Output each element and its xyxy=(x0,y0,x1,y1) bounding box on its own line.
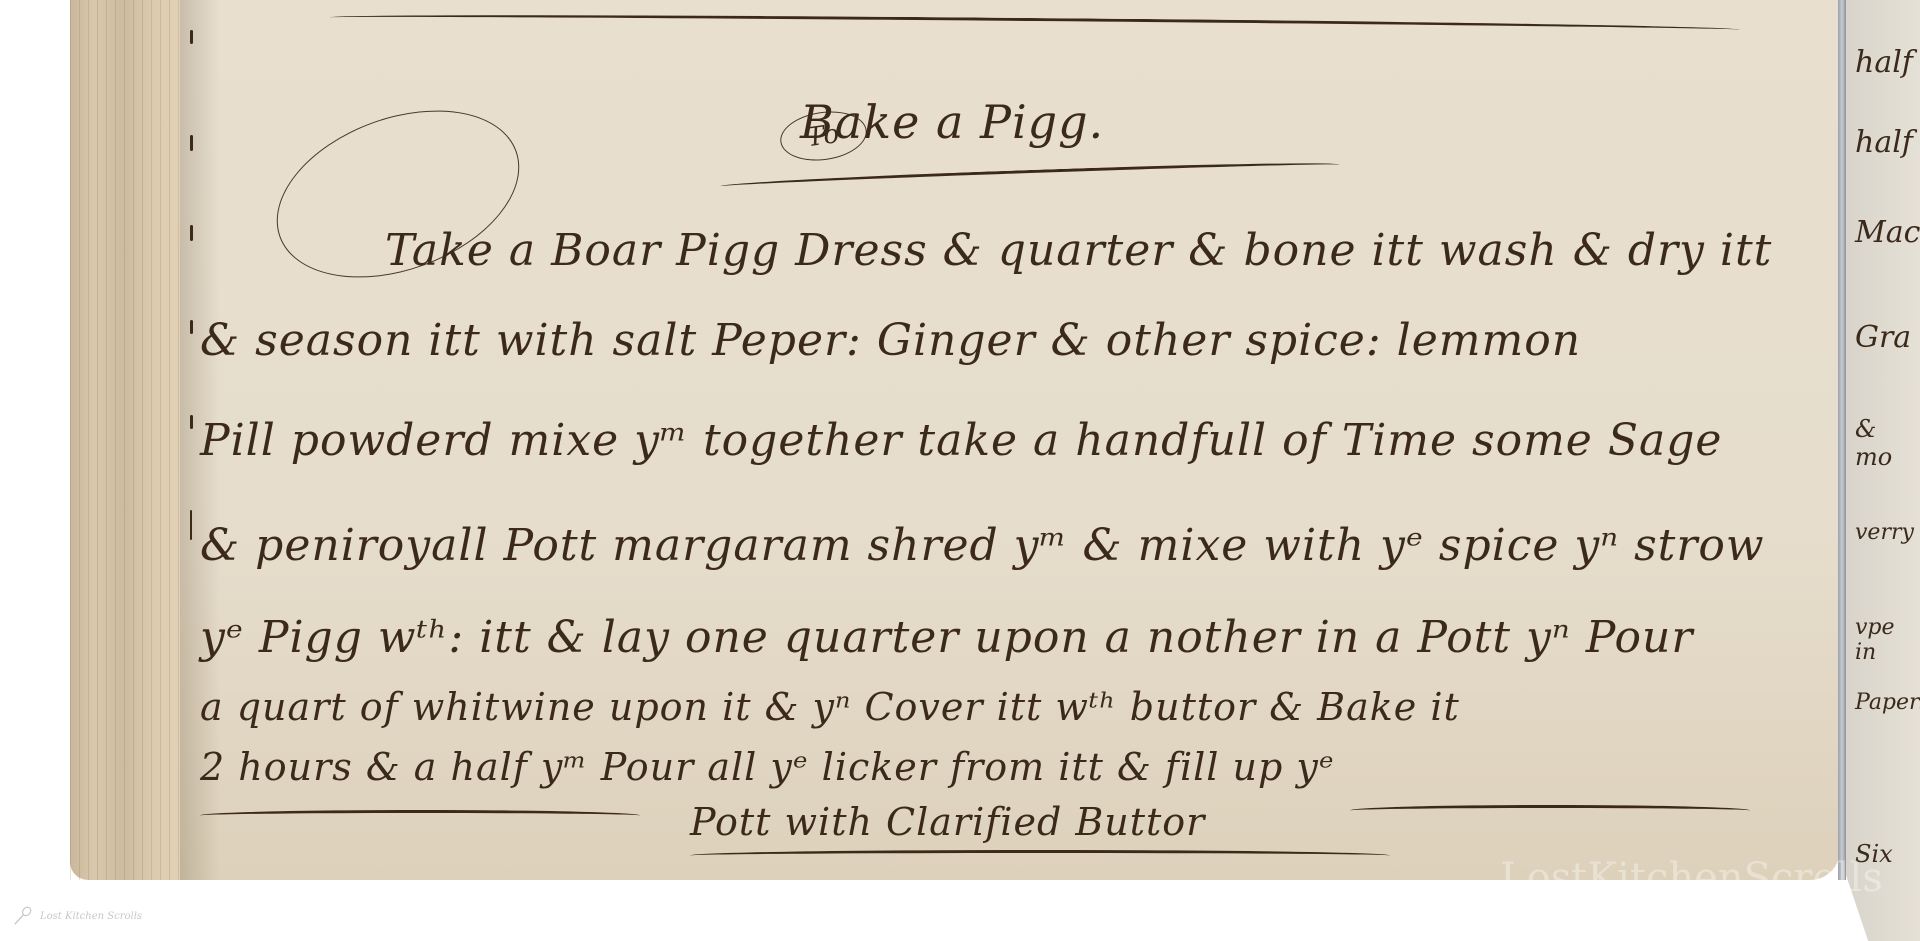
site-logo: Lost Kitchen Scrolls xyxy=(12,905,142,927)
recipe-title: Bake a Pigg. xyxy=(800,95,1104,149)
margin-mark xyxy=(190,510,192,540)
text-line-3: Pill powderd mixe yᵐ together take a han… xyxy=(200,415,1722,466)
margin-mark xyxy=(190,135,193,151)
text-line-6: a quart of whitwine upon it & yⁿ Cover i… xyxy=(200,685,1460,729)
text-line-8: Pott with Clarified Buttor xyxy=(690,800,1205,844)
margin-mark xyxy=(190,30,193,44)
watermark: LostKitchenScrolls xyxy=(1500,855,1883,901)
book-page-edges xyxy=(70,0,190,880)
text-line-1: Take a Boar Pigg Dress & quarter & bone … xyxy=(385,225,1772,276)
text-line-5: yᵉ Pigg wᵗʰ: itt & lay one quarter upon … xyxy=(200,612,1693,663)
adjacent-text: Papers xyxy=(1855,690,1920,715)
adjacent-text: Mace xyxy=(1855,215,1920,250)
book-gutter xyxy=(1838,0,1846,880)
text-line-4: & peniroyall Pott margaram shred yᵐ & mi… xyxy=(200,520,1765,571)
adjacent-text: & mo xyxy=(1855,415,1920,471)
spoon-icon xyxy=(12,905,34,927)
text-line-7: 2 hours & a half yᵐ Pour all yᵉ licker f… xyxy=(200,745,1335,789)
adjacent-text: Gra xyxy=(1855,320,1911,355)
adjacent-text: verry xyxy=(1855,520,1914,545)
text-line-2: & season itt with salt Peper: Ginger & o… xyxy=(200,315,1581,366)
margin-mark xyxy=(190,225,193,241)
bottom-underline xyxy=(690,850,1390,861)
bottom-flourish-left xyxy=(200,810,640,821)
logo-text: Lost Kitchen Scrolls xyxy=(40,911,142,922)
margin-mark xyxy=(190,415,193,429)
margin-mark xyxy=(190,320,193,334)
adjacent-text: half xyxy=(1855,125,1913,160)
adjacent-text: half xyxy=(1855,45,1913,80)
bottom-flourish-right xyxy=(1350,805,1750,816)
adjacent-text: vpe in xyxy=(1855,615,1920,665)
